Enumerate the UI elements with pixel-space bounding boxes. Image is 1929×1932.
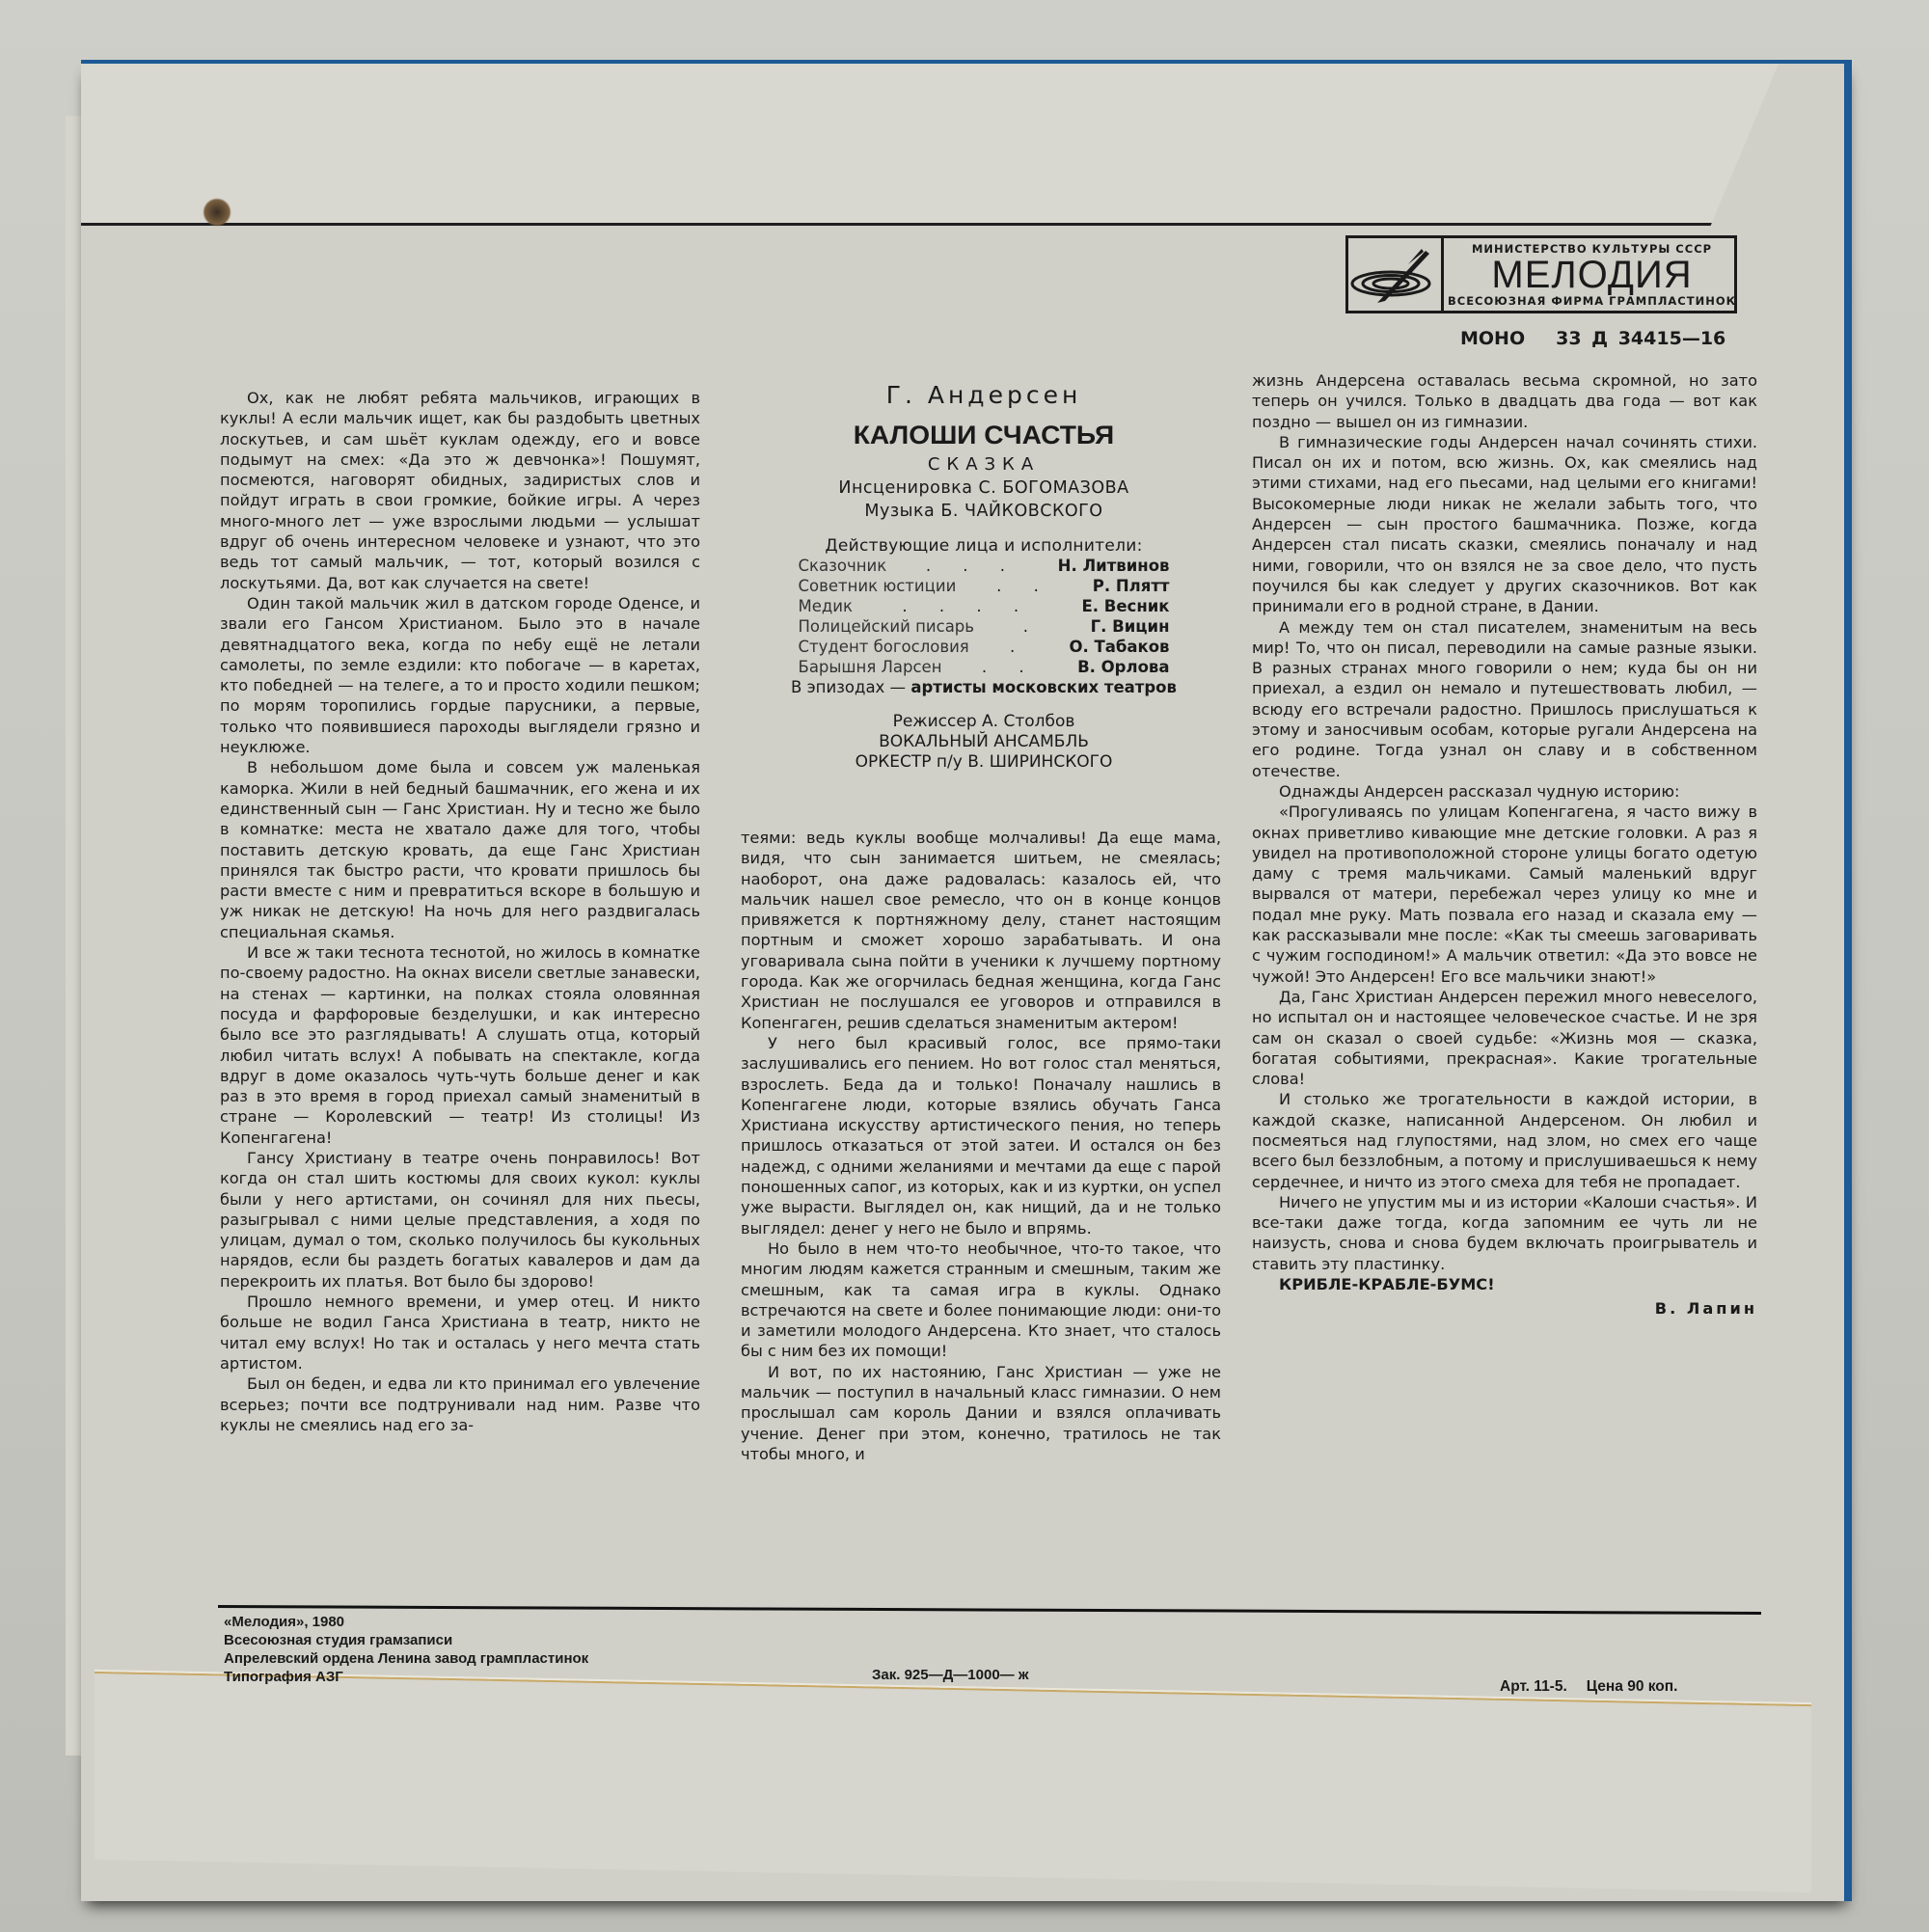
brand-name: МЕЛОДИЯ [1491,256,1692,294]
cast-role: Полицейский писарь [799,616,975,637]
cast-role: Барышня Ларсен [799,657,942,677]
cast-actor: Г. Вицин [1091,616,1170,637]
cast-actor: В. Орлова [1077,657,1169,677]
cast-heading: Действующие лица и исполнители: [743,536,1225,556]
imprint-line: «Мелодия», 1980 [224,1613,588,1631]
sleeve-top-flap [81,64,1779,226]
cast-row: Полицейский писарь.Г. Вицин [799,616,1170,637]
article-code: Арт. 11-5. [1500,1678,1567,1695]
cast-role: Студент богословия [799,637,969,657]
article-column-3: жизнь Андерсена оставалась весьма скромн… [1252,370,1757,1320]
article-paragraph: Ох, как не любят ребята мальчиков, играю… [220,388,700,593]
article-paragraph: Прошло немного времени, и умер отец. И н… [220,1292,700,1374]
article-paragraph: теями: ведь куклы вообще молчаливы! Да е… [741,828,1221,1033]
melodiya-logo: МИНИСТЕРСТВО КУЛЬТУРЫ СССР МЕЛОДИЯ ВСЕСО… [1345,235,1737,313]
cast-dots: . . [956,576,1092,596]
imprint-line: Всесоюзная студия грамзаписи [224,1631,588,1649]
cast-dots: . . . . [853,596,1082,616]
cast-dots: . [974,616,1091,637]
orchestra-credit: ОРКЕСТР п/у В. ШИРИНСКОГО [743,752,1225,773]
cast-actor: О. Табаков [1069,637,1169,657]
article-column-2: теями: ведь куклы вообще молчаливы! Да е… [741,828,1221,1464]
closing-phrase: КРИБЛЕ-КРАБЛЕ-БУМС! [1252,1274,1757,1294]
cast-dots: . [969,637,1070,657]
cast-row: Студент богословия.О. Табаков [799,637,1170,657]
music-credit: Музыка Б. ЧАЙКОВСКОГО [743,502,1225,521]
article-paragraph: И все ж таки теснота теснотой, но жилось… [220,942,700,1148]
company-text: ВСЕСОЮЗНАЯ ФИРМА ГРАМПЛАСТИНОК [1448,294,1736,308]
cast-row: Медик. . . .Е. Весник [799,596,1170,616]
credits-block: Г. Андерсен КАЛОШИ СЧАСТЬЯ СКАЗКА Инсцен… [743,381,1225,773]
episodes-credit: В эпизодах — артисты московских театров [743,677,1225,698]
melodiya-record-icon [1348,238,1444,311]
director-credit: Режиссер А. Столбов [743,712,1225,732]
price-block: Арт. 11-5.Цена 90 коп. [1500,1678,1677,1696]
article-paragraph: «Прогуливаясь по улицам Копенгагена, я ч… [1252,802,1757,987]
article-paragraph: В гимназические годы Андерсен начал сочи… [1252,432,1757,617]
author: Г. Андерсен [743,381,1225,409]
imprint-line: Апрелевский ордена Ленина завод грамплас… [224,1649,588,1668]
order-number: Зак. 925—Д—1000— ж [872,1667,1028,1683]
adaptation-credit: Инсценировка С. БОГОМАЗОВА [743,478,1225,498]
genre: СКАЗКА [743,454,1225,475]
catalog-number: МОНО33 Д 34415—16 [1460,328,1725,349]
cast-actor: Е. Весник [1082,596,1170,616]
cast-actor: Н. Литвинов [1058,556,1170,576]
imprint-block: «Мелодия», 1980Всесоюзная студия грамзап… [224,1613,588,1686]
album-title: КАЛОШИ СЧАСТЬЯ [733,421,1235,450]
imprint-line: Типография АЗГ [224,1668,588,1686]
sleeve-bottom-flap [95,1670,1811,1892]
cast-row: Советник юстиции. .Р. Плятт [799,576,1170,596]
article-paragraph: жизнь Андерсена оставалась весьма скромн… [1252,370,1757,432]
episodes-prefix: В эпизодах — [791,678,906,696]
cast-role: Советник юстиции [799,576,957,596]
article-paragraph: Ничего не упустим мы и из истории «Калош… [1252,1192,1757,1274]
article-paragraph: И столько же трогательности в каждой ист… [1252,1089,1757,1191]
article-column-1: Ох, как не любят ребята мальчиков, играю… [220,388,700,1435]
article-paragraph: И вот, по их настоянию, Ганс Христиан — … [741,1362,1221,1464]
article-paragraph: В небольшом доме была и совсем уж малень… [220,757,700,942]
cast-row: Сказочник. . .Н. Литвинов [799,556,1170,576]
cast-dots: . . . [886,556,1057,576]
cast-role: Сказочник [799,556,887,576]
stain-mark [203,198,231,227]
article-paragraph: Гансу Христиану в театре очень понравило… [220,1148,700,1292]
article-paragraph: У него был красивый голос, все прямо-так… [741,1033,1221,1238]
cast-role: Медик [799,596,854,616]
article-signature: В. Лапин [1252,1298,1757,1319]
catalog-code: 33 Д 34415—16 [1556,328,1725,349]
article-paragraph: Но было в нем что-то необычное, что-то т… [741,1238,1221,1362]
article-paragraph: Был он беден, и едва ли кто принимал его… [220,1374,700,1435]
article-paragraph: Однажды Андерсен рассказал чудную истори… [1252,781,1757,802]
vocal-credit: ВОКАЛЬНЫЙ АНСАМБЛЬ [743,732,1225,752]
cast-actor: Р. Плятт [1093,576,1170,596]
episodes-value: артисты московских театров [910,678,1177,696]
format-label: МОНО [1460,328,1525,349]
article-paragraph: А между тем он стал писателем, знамениты… [1252,617,1757,781]
article-paragraph: Да, Ганс Христиан Андерсен пережил много… [1252,987,1757,1089]
cast-dots: . . [942,657,1078,677]
price: Цена 90 коп. [1587,1678,1678,1695]
cast-list: Сказочник. . .Н. ЛитвиновСоветник юстици… [799,556,1170,677]
article-paragraph: Один такой мальчик жил в датском городе … [220,593,700,757]
cast-row: Барышня Ларсен. .В. Орлова [799,657,1170,677]
